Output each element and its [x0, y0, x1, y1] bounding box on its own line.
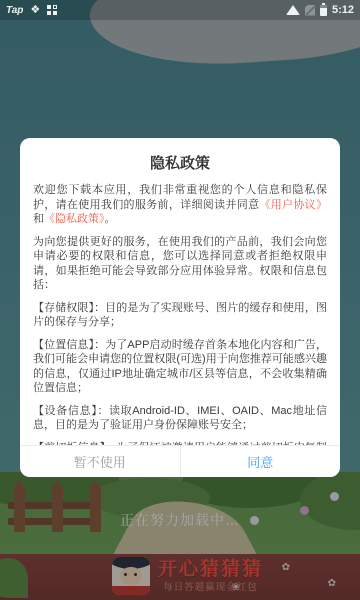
- agree-button[interactable]: 同意: [181, 446, 341, 477]
- intro-text: 。: [105, 213, 116, 225]
- user-agreement-link[interactable]: 《用户协议》: [259, 199, 327, 211]
- grid-icon: [47, 5, 57, 15]
- permissions-intro-paragraph: 为向您提供更好的服务，在使用我们的产品前，我们会向您申请必要的权限和信息，您可以…: [33, 235, 327, 293]
- phone-screen: 正在努力加载中… ✿ ✿ ❀ 开心猜猜猜 每日答题赢现金红包: [0, 0, 360, 600]
- no-sim-icon: [305, 5, 315, 16]
- carrier-label: Tap: [6, 5, 23, 16]
- battery-icon: [320, 5, 327, 16]
- device-info-paragraph: 【设备信息】：读取Android-ID、IMEI、OAID、Mac地址信息，目的…: [33, 404, 327, 433]
- dialog-body[interactable]: 欢迎您下载本应用，我们非常重视您的个人信息和隐私保护，请在使用我们的服务前，详细…: [20, 181, 340, 445]
- wifi-icon: [286, 5, 300, 15]
- privacy-policy-dialog: 隐私政策 欢迎您下载本应用，我们非常重视您的个人信息和隐私保护，请在使用我们的服…: [20, 138, 340, 477]
- dialog-buttons: 暂不使用 同意: [20, 445, 340, 477]
- decline-button[interactable]: 暂不使用: [20, 446, 181, 477]
- location-info-paragraph: 【位置信息】：为了APP启动时缓存首条本地化内容和广告，我们可能会申请您的位置权…: [33, 338, 327, 396]
- status-bar: Tap ❖ 5:12: [0, 0, 360, 20]
- dialog-title: 隐私政策: [20, 138, 340, 181]
- tap-sync-icon: ❖: [30, 5, 40, 16]
- intro-paragraph: 欢迎您下载本应用，我们非常重视您的个人信息和隐私保护，请在使用我们的服务前，详细…: [33, 183, 327, 227]
- privacy-policy-link[interactable]: 《隐私政策》: [44, 213, 105, 225]
- intro-text: 和: [33, 213, 44, 225]
- storage-permission-paragraph: 【存储权限】：目的是为了实现账号、图片的缓存和使用，图片的保存与分享；: [33, 301, 327, 330]
- clock-time: 5:12: [332, 4, 354, 16]
